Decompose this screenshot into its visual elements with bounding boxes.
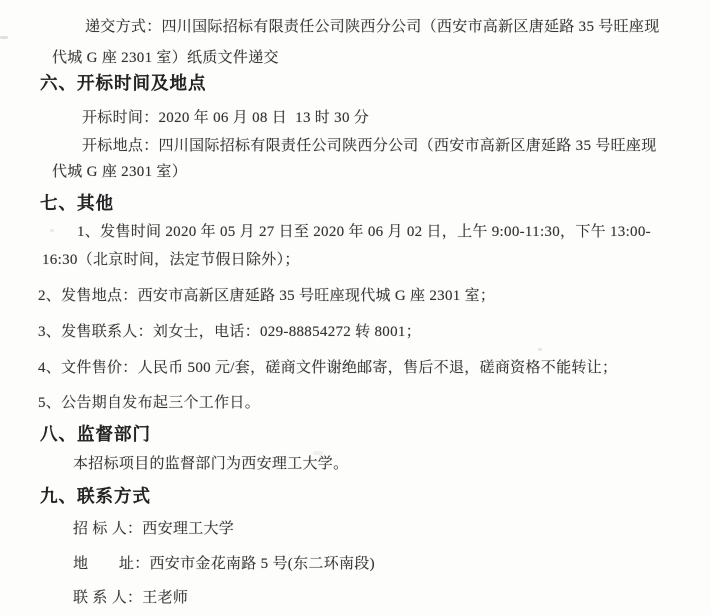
line-tenderee: 招 标 人：西安理工大学	[73, 519, 234, 539]
line-delivery-method: 递交方式：四川国际招标有限责任公司陕西分公司（西安市高新区唐延路 35 号旺座现	[85, 17, 660, 37]
heading-section-8-supervision-dept: 八、监督部门	[40, 422, 151, 446]
line-document-price: 4、文件售价：人民币 500 元/套，磋商文件谢绝邮寄，售后不退，磋商资格不能转…	[38, 358, 617, 378]
line-delivery-method-cont: 代城 G 座 2301 室）纸质文件递交	[52, 48, 279, 68]
line-sale-contact: 3、发售联系人：刘女士，电话：029-88854272 转 8001；	[38, 322, 421, 342]
scan-artifact	[538, 348, 542, 351]
heading-section-6-opening-time-place: 六、开标时间及地点	[40, 71, 207, 95]
heading-section-7-others: 七、其他	[40, 191, 114, 215]
scan-artifact	[50, 229, 54, 232]
scan-artifact	[313, 451, 323, 455]
heading-section-9-contact-info: 九、联系方式	[40, 484, 151, 508]
line-sale-time-cont: 16:30（北京时间，法定节假日除外）；	[42, 250, 300, 270]
line-address: 地 址：西安市金花南路 5 号(东二环南段)	[73, 554, 375, 574]
line-opening-time: 开标时间：2020 年 06 月 08 日 13 时 30 分	[82, 108, 369, 128]
line-contact-person: 联 系 人：王老师	[73, 588, 188, 608]
line-opening-place-cont: 代城 G 座 2301 室）	[52, 162, 187, 182]
line-sale-place: 2、发售地点：西安市高新区唐延路 35 号旺座现代城 G 座 2301 室；	[38, 286, 495, 306]
document-page: 递交方式：四川国际招标有限责任公司陕西分公司（西安市高新区唐延路 35 号旺座现…	[0, 0, 711, 615]
line-sale-time: 1、发售时间 2020 年 05 月 27 日至 2020 年 06 月 02 …	[77, 222, 651, 242]
line-announcement-period: 5、公告期自发布起三个工作日。	[38, 393, 260, 413]
scan-artifact	[0, 36, 8, 39]
line-opening-place: 开标地点：四川国际招标有限责任公司陕西分公司（西安市高新区唐延路 35 号旺座现	[82, 136, 657, 156]
line-supervision-department: 本招标项目的监督部门为西安理工大学。	[73, 454, 348, 474]
